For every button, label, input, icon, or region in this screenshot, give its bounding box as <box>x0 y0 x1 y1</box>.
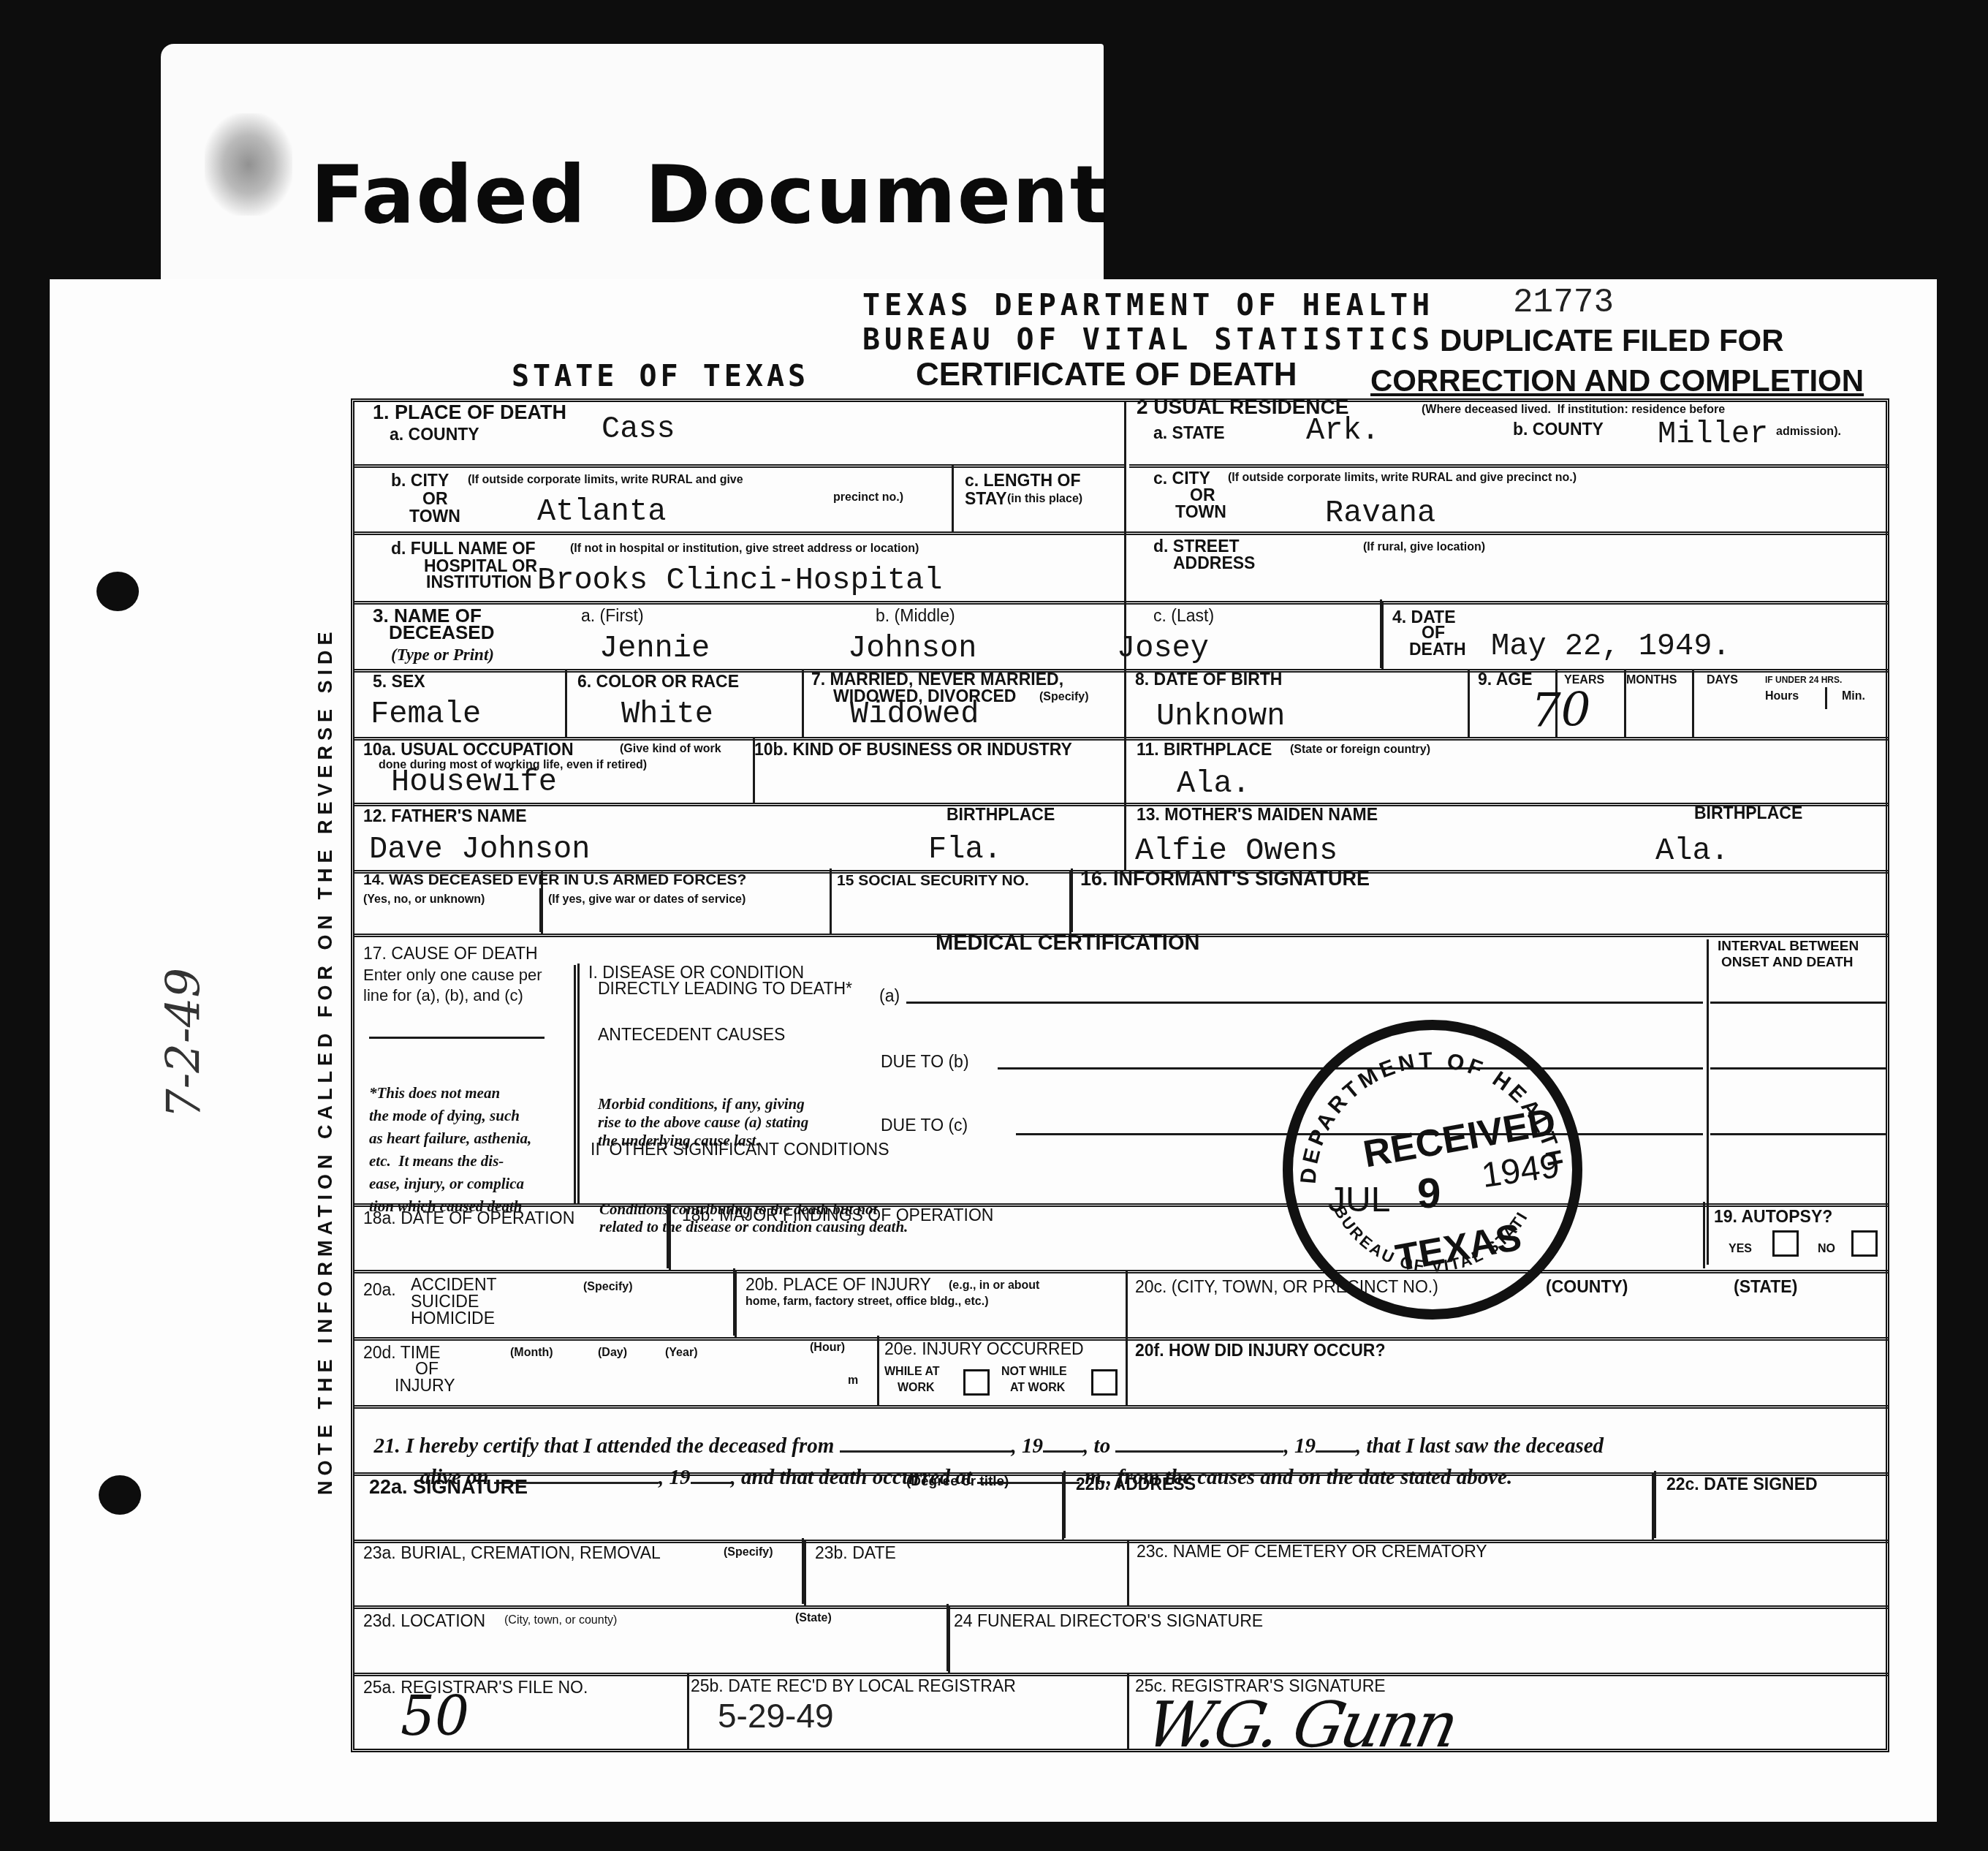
label-hour: (Hour) <box>810 1341 845 1354</box>
residence-city: Ravana <box>1325 497 1435 529</box>
label-under-24: IF UNDER 24 HRS. <box>1765 674 1842 686</box>
label-date-of-birth: 8. DATE OF BIRTH <box>1135 670 1282 688</box>
label-city: b. CITY <box>391 472 449 489</box>
registrar-signature: W.G. Gunn <box>1139 1689 1462 1762</box>
label-directly-leading: DIRECTLY LEADING TO DEATH* <box>598 980 852 997</box>
label-address: ADDRESS <box>1173 554 1255 572</box>
label-due-to-c: DUE TO (c) <box>881 1116 968 1134</box>
label-cemetery: 23c. NAME OF CEMETERY OR CREMATORY <box>1137 1542 1487 1560</box>
race-value: White <box>621 698 713 730</box>
label-type-or-print: (Type or Print) <box>391 646 494 664</box>
label-residence-county: b. COUNTY <box>1513 420 1604 438</box>
residence-county: Miller <box>1658 418 1768 450</box>
label-at-work: AT WORK <box>1010 1382 1065 1394</box>
stamp-month: JUL <box>1328 1180 1390 1220</box>
label-social-security: 15 SOCIAL SECURITY NO. <box>837 872 1029 890</box>
label-how-injury: 20f. HOW DID INJURY OCCUR? <box>1135 1341 1385 1359</box>
place-of-death-city: Atlanta <box>537 496 666 528</box>
label-file-no: 25a. REGISTRAR'S FILE NO. <box>363 1678 588 1696</box>
birthplace-value: Ala. <box>1177 768 1251 800</box>
label-not-while: NOT WHILE <box>1001 1366 1067 1378</box>
hospital-name: Brooks Clinci-Hospital <box>537 564 943 597</box>
marital-specify: (Specify) <box>1039 691 1089 703</box>
label-injury: INJURY <box>395 1377 455 1394</box>
ink-smudge <box>205 113 292 216</box>
registrar-file-no: 50 <box>401 1685 469 1748</box>
label-funeral-director: 24 FUNERAL DIRECTOR'S SIGNATURE <box>954 1612 1263 1629</box>
label-institution: INSTITUTION <box>426 573 531 591</box>
mother-birthplace-value: Ala. <box>1655 835 1729 867</box>
deceased-first-name: Jennie <box>599 632 710 665</box>
label-last: c. (Last) <box>1153 607 1214 624</box>
label-accident: ACCIDENT <box>411 1276 497 1293</box>
certificate-title: CERTIFICATE OF DEATH <box>916 357 1297 393</box>
usual-residence-note: (Where deceased lived. If institution: r… <box>1422 404 1725 416</box>
label-street: d. STREET <box>1153 537 1240 555</box>
date-of-death: May 22, 1949. <box>1491 630 1731 662</box>
city-note-2: precinct no.) <box>833 491 903 504</box>
label-or: OR <box>422 490 448 507</box>
label-autopsy: 19. AUTOPSY? <box>1714 1208 1832 1225</box>
label-injury-state: (STATE) <box>1734 1278 1797 1295</box>
label-hours: Hours <box>1765 690 1799 703</box>
while-at-work-checkbox[interactable] <box>963 1369 990 1396</box>
punch-hole <box>96 572 139 611</box>
label-usual-occupation: 10a. USUAL OCCUPATION <box>363 741 574 758</box>
label-hospital: d. FULL NAME OF <box>391 540 536 557</box>
usual-residence-note-2: admission). <box>1776 425 1841 438</box>
label-armed-forces: 14. WAS DECEASED EVER IN U.S ARMED FORCE… <box>363 871 746 889</box>
label-burial: 23a. BURIAL, CREMATION, REMOVAL <box>363 1544 661 1562</box>
street-note: (If rural, give location) <box>1363 541 1485 553</box>
residence-state: Ark. <box>1306 415 1380 447</box>
label-residence-city: c. CITY <box>1153 469 1210 487</box>
place-of-injury-note: (e.g., in or about <box>949 1279 1039 1292</box>
label-due-to-b: DUE TO (b) <box>881 1053 969 1070</box>
label-date-signed: 22c. DATE SIGNED <box>1666 1475 1818 1493</box>
label-father-birthplace: BIRTHPLACE <box>946 806 1055 823</box>
cause-instr-2: line for (a), (b), and (c) <box>363 987 523 1004</box>
label-injury-occurred: 20e. INJURY OCCURRED <box>884 1340 1084 1358</box>
bureau-header: BUREAU OF VITAL STATISTICS <box>862 323 1434 357</box>
marital-status-value: Widowed <box>850 698 979 730</box>
correction-completion-stamp: CORRECTION AND COMPLETION <box>1370 363 1864 398</box>
label-residence-or: OR <box>1190 486 1215 504</box>
label-cause-of-death: 17. CAUSE OF DEATH <box>363 945 538 962</box>
label-location: 23d. LOCATION <box>363 1612 485 1629</box>
birthplace-note: (State or foreign country) <box>1290 743 1430 756</box>
label-length-of-stay: c. LENGTH OF <box>965 472 1080 489</box>
cause-divider <box>574 965 576 1205</box>
faded-document-label: Faded Document <box>161 44 1104 285</box>
handwritten-margin-date: 7-2-49 <box>157 968 211 1118</box>
label-business-industry: 10b. KIND OF BUSINESS OR INDUSTRY <box>754 741 1072 758</box>
label-23b-date: 23b. DATE <box>815 1544 896 1562</box>
deceased-last-name: Josey <box>1117 632 1209 665</box>
punch-hole <box>99 1475 141 1515</box>
label-place-of-death: 1. PLACE OF DEATH <box>373 404 566 421</box>
sex-value: Female <box>371 698 481 730</box>
date-of-birth-value: Unknown <box>1156 700 1285 733</box>
date-received-value: 5-29-49 <box>718 1696 834 1735</box>
label-day: (Day) <box>598 1347 627 1359</box>
label-color-race: 6. COLOR OR RACE <box>577 673 739 690</box>
duplicate-filed-stamp: DUPLICATE FILED FOR <box>1440 323 1784 358</box>
label-town: TOWN <box>409 507 460 525</box>
received-stamp: DEPARTMENT OF HEALTH BUREAU OF VITAL STA… <box>1283 1020 1582 1320</box>
autopsy-no-checkbox[interactable] <box>1851 1230 1878 1257</box>
label-min: Min. <box>1842 690 1865 703</box>
medical-certification-title: MEDICAL CERTIFICATION <box>936 934 1199 952</box>
label-stay: STAY <box>965 490 1007 507</box>
accident-specify: (Specify) <box>583 1281 633 1293</box>
label-death: DEATH <box>1409 640 1466 658</box>
label-residence-town: TOWN <box>1175 503 1226 521</box>
autopsy-yes-checkbox[interactable] <box>1772 1230 1799 1257</box>
label-mother-birthplace: BIRTHPLACE <box>1694 804 1802 822</box>
label-age: 9. AGE <box>1478 670 1533 688</box>
burial-specify: (Specify) <box>724 1546 773 1559</box>
age-years-value: 70 <box>1531 684 1590 738</box>
state-header: STATE OF TEXAS <box>512 360 809 393</box>
label-time-of-2: OF <box>415 1360 439 1377</box>
label-antecedent-causes: ANTECEDENT CAUSES <box>598 1026 785 1043</box>
label-county: a. COUNTY <box>390 425 479 443</box>
signature-degree-note: (Degree or title) <box>906 1475 1009 1488</box>
label-interval: INTERVAL BETWEEN <box>1718 938 1859 955</box>
label-22b-address: 22b. ADDRESS <box>1076 1475 1196 1493</box>
label-autopsy-no: NO <box>1818 1243 1835 1255</box>
stay-note: (in this place) <box>1007 493 1082 505</box>
cause-instr-1: Enter only one cause per <box>363 966 542 984</box>
label-marital-status: 7. MARRIED, NEVER MARRIED, <box>811 670 1063 688</box>
label-work: WORK <box>898 1382 935 1394</box>
label-month: (Month) <box>510 1347 553 1359</box>
place-of-injury-note-2: home, farm, factory street, office bldg.… <box>745 1295 989 1308</box>
label-informant-signature: 16. INFORMANT'S SIGNATURE <box>1080 870 1370 887</box>
dept-header: TEXAS DEPARTMENT OF HEALTH <box>862 289 1434 322</box>
label-deceased: DECEASED <box>389 624 494 641</box>
father-birthplace-value: Fla. <box>928 833 1002 866</box>
label-middle: b. (Middle) <box>876 607 955 624</box>
label-date-of-operation: 18a. DATE OF OPERATION <box>363 1209 574 1227</box>
label-20a: 20a. <box>363 1281 396 1298</box>
stamp-day: 9 <box>1417 1169 1441 1218</box>
label-m: m <box>848 1374 858 1387</box>
label-location-state: (State) <box>795 1612 832 1624</box>
label-autopsy-yes: YES <box>1729 1243 1752 1255</box>
occupation-value: Housewife <box>391 766 557 798</box>
label-suicide: SUICIDE <box>411 1292 479 1310</box>
label-signature: 22a. SIGNATURE <box>369 1478 528 1496</box>
label-state: a. STATE <box>1153 424 1225 442</box>
label-birthplace: 11. BIRTHPLACE <box>1137 741 1272 758</box>
label-cause-a: (a) <box>879 987 900 1004</box>
residence-city-note: (If outside corporate limits, write RURA… <box>1228 472 1577 484</box>
label-mothers-name: 13. MOTHER'S MAIDEN NAME <box>1137 806 1378 823</box>
label-place-of-injury: 20b. PLACE OF INJURY <box>745 1276 931 1293</box>
city-note: (If outside corporate limits, write RURA… <box>468 474 743 486</box>
faded-document-text: Faded Document <box>311 150 1109 241</box>
label-other-conditions: II OTHER SIGNIFICANT CONDITIONS <box>591 1140 889 1158</box>
label-fathers-name: 12. FATHER'S NAME <box>363 807 527 825</box>
armed-forces-note-2: (If yes, give war or dates of service) <box>548 893 745 906</box>
label-onset-death: ONSET AND DEATH <box>1721 954 1854 972</box>
label-days: DAYS <box>1707 674 1738 686</box>
label-homicide: HOMICIDE <box>411 1309 495 1327</box>
label-sex: 5. SEX <box>373 673 425 690</box>
label-date-of: OF <box>1422 624 1445 641</box>
label-while-at: WHILE AT <box>884 1366 940 1378</box>
occupation-note: (Give kind of work <box>620 743 721 755</box>
label-major-findings: 18b. MAJOR FINDINGS OF OPERATION <box>682 1206 993 1224</box>
certificate-number: 21773 <box>1513 284 1614 322</box>
label-first: a. (First) <box>581 607 644 624</box>
deceased-middle-name: Johnson <box>848 632 976 665</box>
location-note: (City, town, or county) <box>504 1614 617 1627</box>
label-year: (Year) <box>665 1347 697 1359</box>
mothers-name-value: Alfie Owens <box>1135 835 1338 867</box>
place-of-death-county: Cass <box>602 413 675 445</box>
hospital-note: (If not in hospital or institution, give… <box>570 542 919 555</box>
fathers-name-value: Dave Johnson <box>369 833 590 866</box>
label-months: MONTHS <box>1626 674 1677 686</box>
armed-forces-note: (Yes, no, or unknown) <box>363 893 485 906</box>
not-while-at-work-checkbox[interactable] <box>1091 1369 1118 1396</box>
label-date-received: 25b. DATE REC'D BY LOCAL REGISTRAR <box>691 1677 1016 1695</box>
reverse-side-note: NOTE THE INFORMATION CALLED FOR ON THE R… <box>314 627 337 1495</box>
